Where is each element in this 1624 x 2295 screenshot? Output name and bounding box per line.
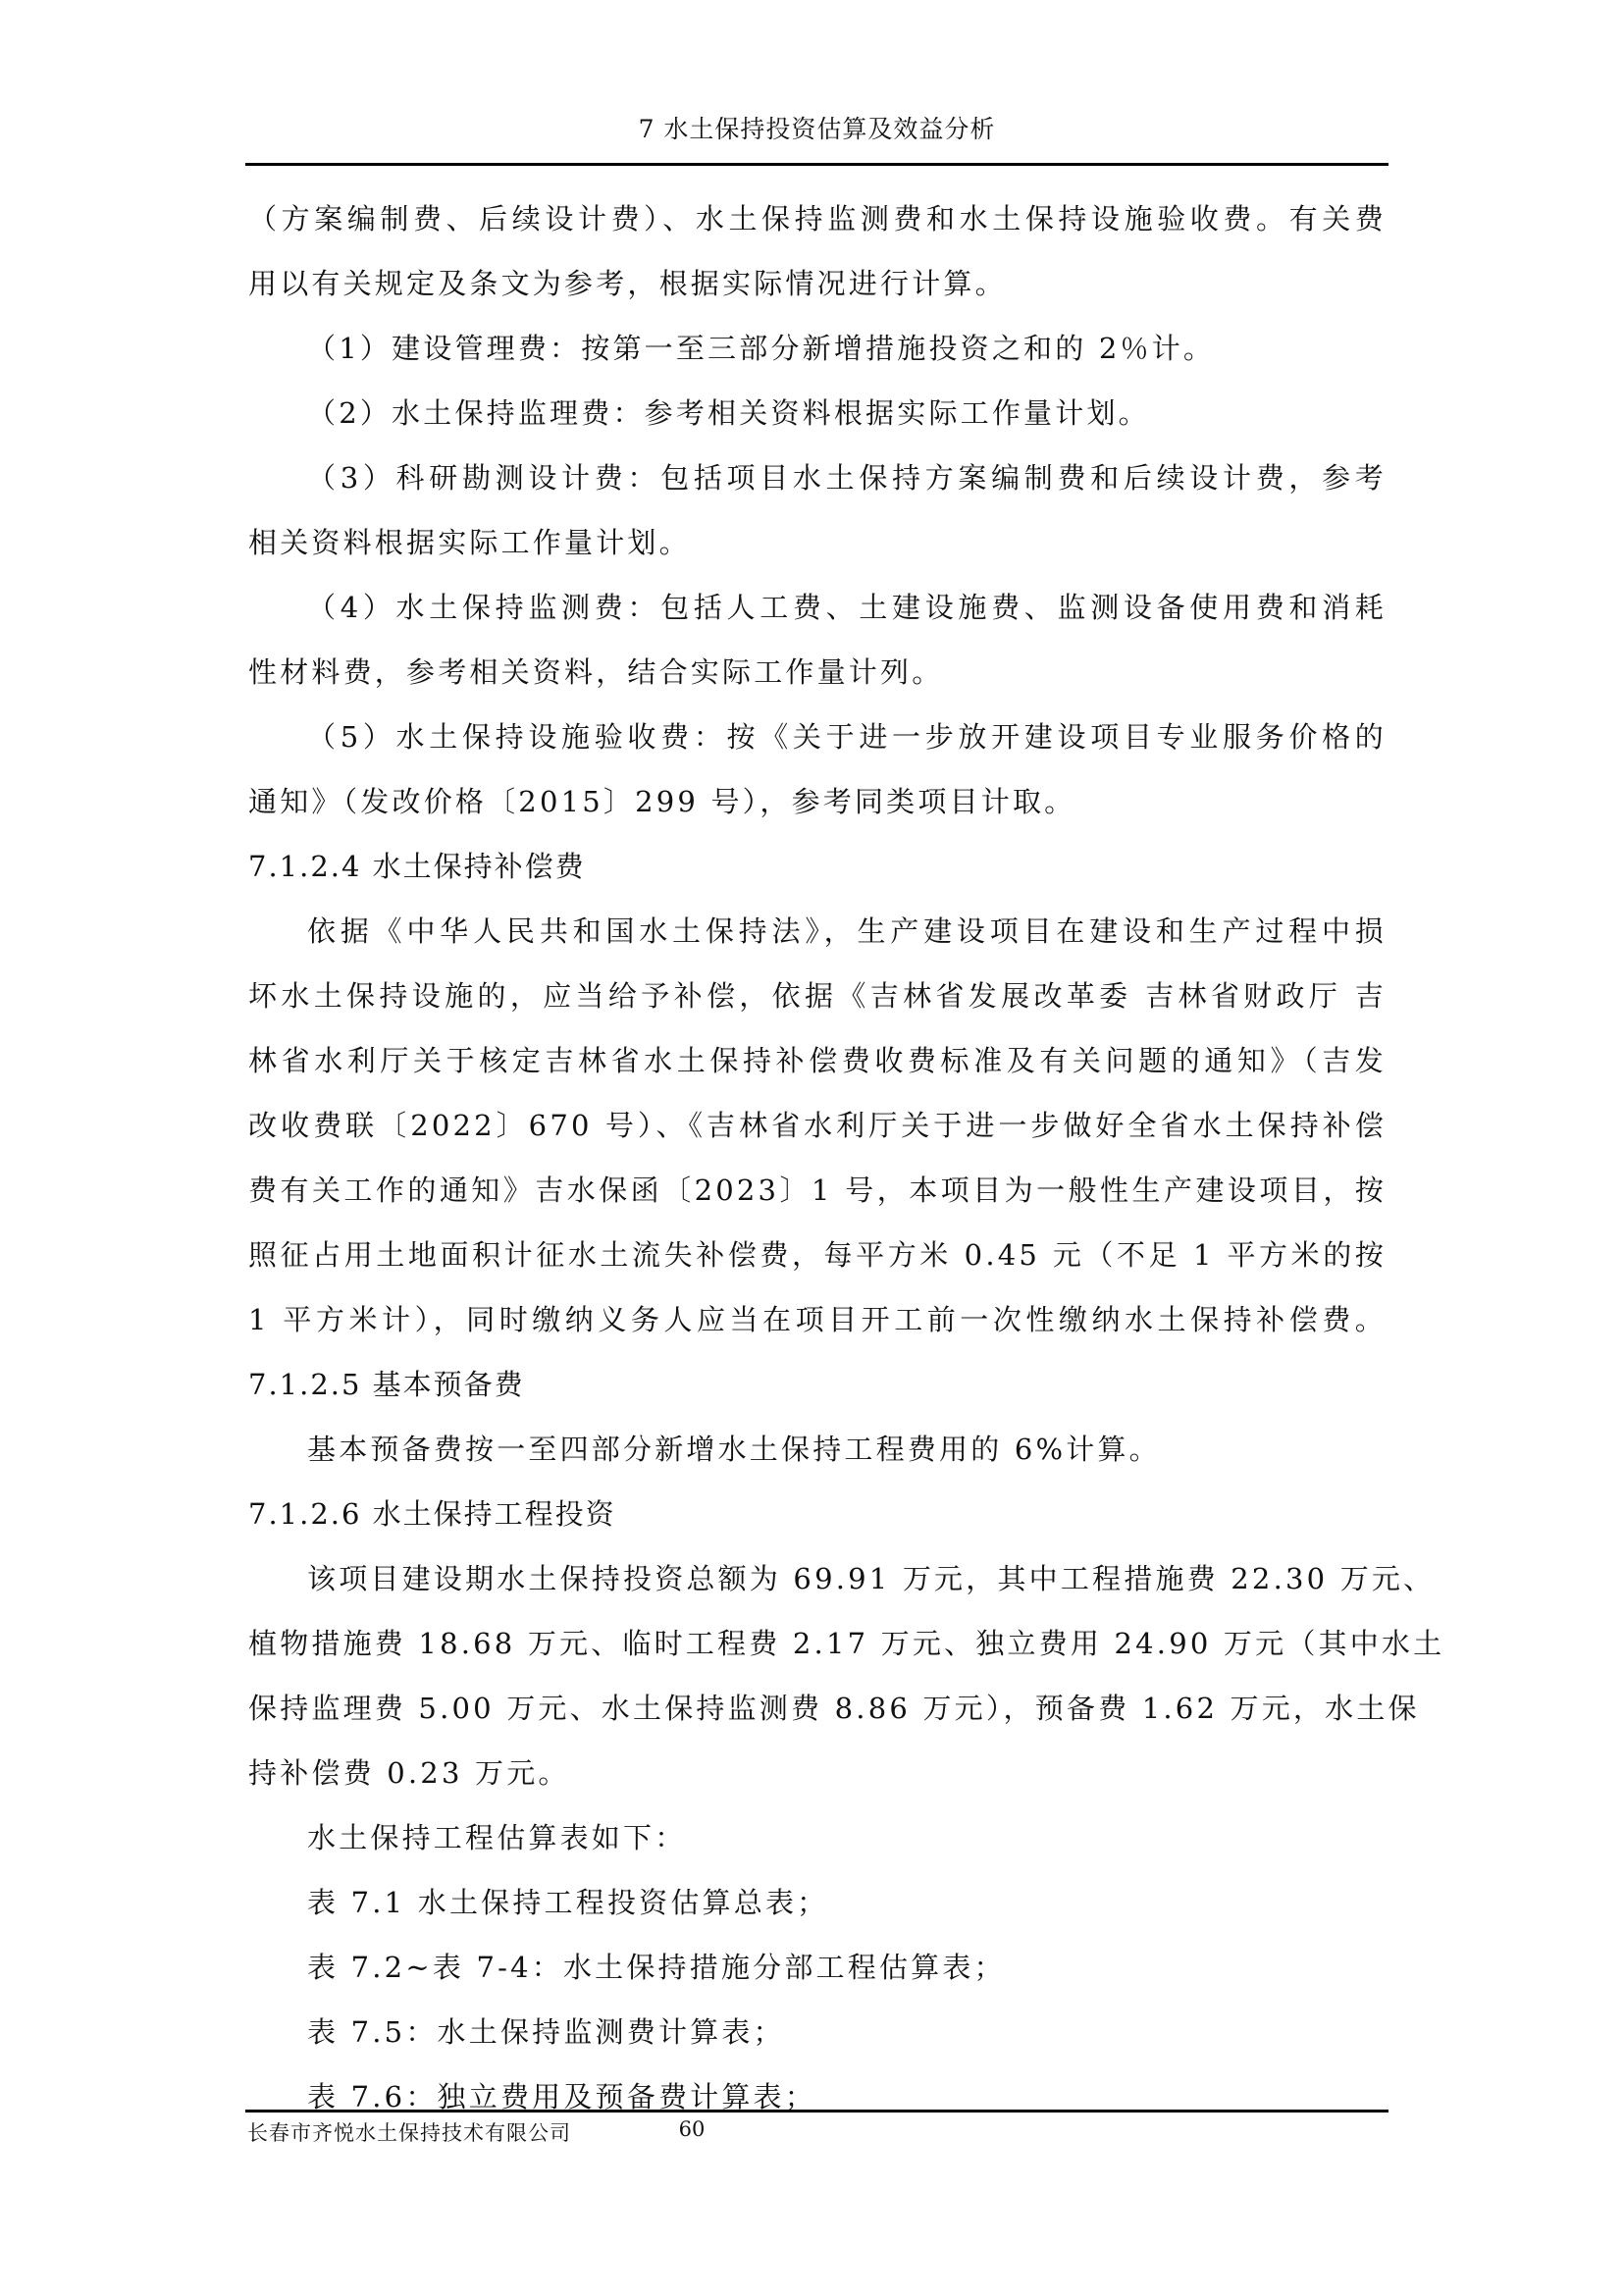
header-rule [245,163,1388,166]
paragraph-line: 依据《中华人民共和国水土保持法》，生产建设项目在建设和生产过程中损 [248,899,1387,964]
section-heading-basic-reserve: 7.1.2.5 基本预备费 [248,1352,1387,1417]
paragraph-line: 保持监理费 5.00 万元、水土保持监测费 8.86 万元），预备费 1.62 … [248,1676,1387,1741]
paragraph-line: 改收费联〔2022〕670 号）、《吉林省水利厅关于进一步做好全省水土保持补偿 [248,1093,1387,1158]
paragraph-line: 性材料费，参考相关资料，结合实际工作量计列。 [248,640,1387,704]
section-heading-investment: 7.1.2.6 水土保持工程投资 [248,1482,1387,1546]
table-reference-7-5: 表 7.5：水土保持监测费计算表； [248,2000,1387,2064]
paragraph-line: 1 平方米计），同时缴纳义务人应当在项目开工前一次性缴纳水土保持补偿费。 [248,1287,1387,1352]
paragraph-line: 林省水利厅关于核定吉林省水土保持补偿费收费标准及有关问题的通知》（吉发 [248,1028,1387,1093]
paragraph-line-supervision: （2）水土保持监理费：参考相关资料根据实际工作量计划。 [248,381,1387,445]
paragraph-line: （方案编制费、后续设计费）、水土保持监测费和水土保持设施验收费。有关费 [248,186,1387,251]
table-reference-7-1: 表 7.1 水土保持工程投资估算总表； [248,1870,1387,1935]
paragraph-line: 基本预备费按一至四部分新增水土保持工程费用的 6%计算。 [248,1417,1387,1482]
paragraph-line: 该项目建设期水土保持投资总额为 69.91 万元，其中工程措施费 22.30 万… [248,1546,1387,1611]
paragraph-line-monitoring: （4）水土保持监测费：包括人工费、土建设施费、监测设备使用费和消耗 [248,575,1387,640]
paragraph-line: 水土保持工程估算表如下： [248,1805,1387,1870]
document-body: （方案编制费、后续设计费）、水土保持监测费和水土保持设施验收费。有关费 用以有关… [248,186,1387,2129]
paragraph-line: 费有关工作的通知》吉水保函〔2023〕1 号，本项目为一般性生产建设项目，按 [248,1158,1387,1223]
paragraph-line: 植物措施费 18.68 万元、临时工程费 2.17 万元、独立费用 24.90 … [248,1611,1387,1676]
paragraph-line-acceptance: （5）水土保持设施验收费：按《关于进一步放开建设项目专业服务价格的 [248,704,1387,769]
paragraph-line: 持补偿费 0.23 万元。 [248,1741,1387,1805]
paragraph-line-construction-management: （1）建设管理费：按第一至三部分新增措施投资之和的 2％计。 [248,316,1387,381]
table-reference-7-2-7-4: 表 7.2~表 7-4：水土保持措施分部工程估算表； [248,1935,1387,2000]
paragraph-line: 用以有关规定及条文为参考，根据实际情况进行计算。 [248,251,1387,316]
paragraph-line: 照征占用土地面积计征水土流失补偿费，每平方米 0.45 元（不足 1 平方米的按 [248,1223,1387,1287]
page-header: 7 水土保持投资估算及效益分析 [245,110,1388,145]
page-number: 60 [496,2117,888,2141]
section-heading-compensation: 7.1.2.4 水土保持补偿费 [248,834,1387,899]
footer-rule [245,2110,1388,2112]
paragraph-line: 相关资料根据实际工作量计划。 [248,510,1387,575]
paragraph-line: 通知》（发改价格〔2015〕299 号），参考同类项目计取。 [248,769,1387,834]
paragraph-line-research-design: （3）科研勘测设计费：包括项目水土保持方案编制费和后续设计费，参考 [248,445,1387,510]
paragraph-line: 坏水土保持设施的，应当给予补偿，依据《吉林省发展改革委 吉林省财政厅 吉 [248,964,1387,1028]
